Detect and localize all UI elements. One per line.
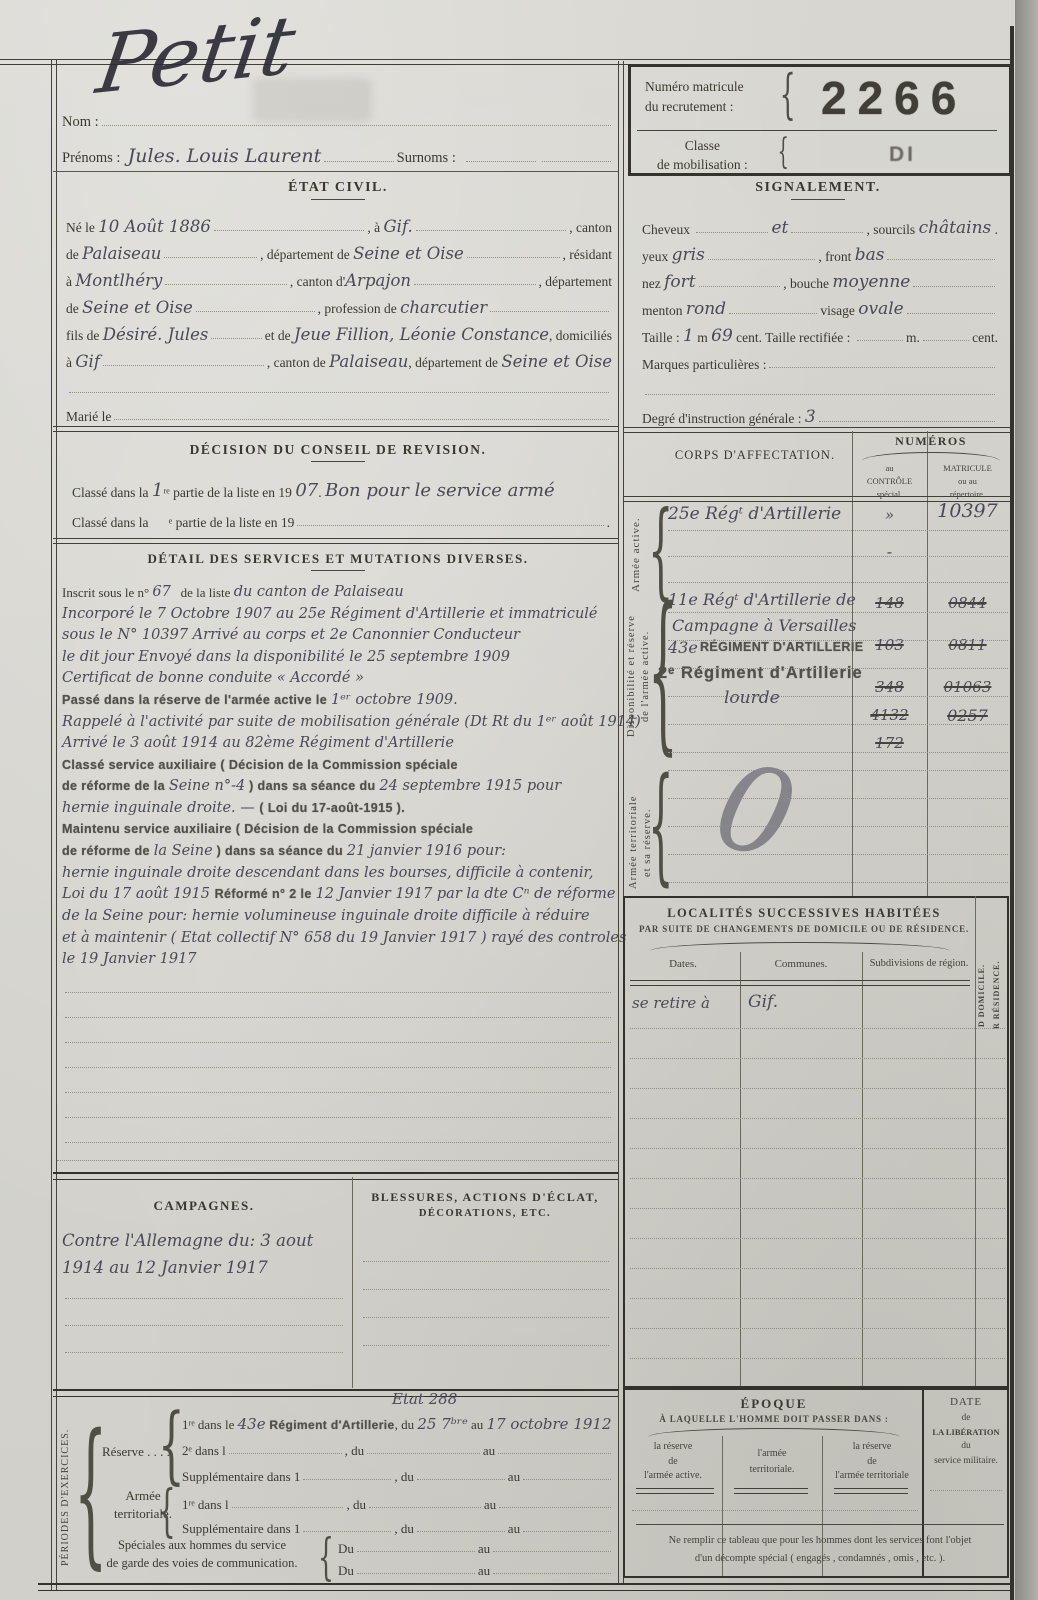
text-segment: Contre l'Allemagne du: 3 aout xyxy=(62,1233,313,1250)
etat-civil-title: ÉTAT CIVIL. xyxy=(57,180,619,200)
dotted-fill xyxy=(857,340,903,341)
text-segment: 12 Janvier 1917 par la dte Cⁿ de réforme xyxy=(316,887,616,902)
text-segment: , canton de xyxy=(267,356,329,370)
text-segment: châtains xyxy=(919,220,992,237)
text-line xyxy=(62,1047,614,1072)
rule xyxy=(668,582,1008,583)
text-segment: cent. xyxy=(972,331,998,345)
dotted-fill xyxy=(887,259,995,260)
dotted-fill xyxy=(417,1531,505,1532)
dotted-fill xyxy=(297,525,603,526)
territorial-zero-mark: 0 xyxy=(702,735,808,887)
corps-header: CORPS D'AFFECTATION. xyxy=(662,448,848,463)
rule xyxy=(668,556,1008,557)
dotted-fill xyxy=(164,257,257,258)
text-line: 1ʳᵉ dans le 43e Régiment d'Artillerie, d… xyxy=(182,1406,614,1432)
text-line: Supplémentaire dans 1, duau xyxy=(182,1512,614,1536)
text-segment: Du xyxy=(338,1542,354,1556)
blessures-title: BLESSURES, ACTIONS D'ÉCLAT, DÉCORATIONS,… xyxy=(356,1190,614,1219)
dotted-fill xyxy=(769,367,995,368)
span: SIGNALEMENT. xyxy=(755,180,880,195)
text-segment: 25 7ᵇʳᵉ xyxy=(417,1417,467,1432)
text-line xyxy=(360,1322,612,1350)
mat-col-header: MATRICULEou aurépertoire. xyxy=(927,462,1008,500)
text-segment: de réforme de xyxy=(62,845,154,859)
text-segment: , bouche xyxy=(783,277,832,291)
dotted-fill xyxy=(467,257,560,258)
text-segment: Incorporé le 7 Octobre 1907 au 25e Régim… xyxy=(62,607,598,622)
brace: { xyxy=(778,133,789,168)
dotted-fill xyxy=(907,313,995,314)
text-segment: m xyxy=(694,331,711,345)
text-segment: ovale xyxy=(858,301,903,318)
text-segment: du canton de Palaiseau xyxy=(234,585,404,600)
ctrl-col-header: auCONTRÔLEspécial. xyxy=(852,462,927,500)
text-segment: Certificat de bonne conduite « Accordé » xyxy=(62,671,364,686)
table-column-line xyxy=(740,952,741,1386)
corps-row-stamp: 2ᵉ Régiment d'Artillerie xyxy=(658,664,863,682)
text-segment: ) dans sa séance du xyxy=(245,780,379,794)
nom-label: Nom : xyxy=(62,115,99,130)
text-segment: , département xyxy=(539,275,612,289)
text-segment: . xyxy=(318,486,325,500)
brace: { xyxy=(158,1484,176,1540)
ctrl-value: » xyxy=(852,506,927,524)
text-segment: Bon pour le service armé xyxy=(325,482,555,500)
text-segment: 69 xyxy=(711,328,733,345)
text-line: Classé dans la ᵉ partie de la liste en 1… xyxy=(72,500,610,530)
brace: { xyxy=(158,1402,185,1486)
text-segment: Rappelé à l'activité par suite de mobili… xyxy=(62,715,641,730)
periodes-side-label: PÉRIODES D'EXERCICES. xyxy=(60,1418,71,1576)
dotted-fill xyxy=(303,1531,391,1532)
text-segment: Classé dans la xyxy=(72,486,152,500)
text-segment: , front xyxy=(818,250,854,264)
text-segment: , du xyxy=(394,1470,414,1484)
text-segment: 07 xyxy=(295,482,318,500)
dotted-fill xyxy=(363,1317,609,1318)
text-segment: hernie inguinale droite. — xyxy=(62,801,259,816)
text-line: Cheveux et, sourcils châtains . xyxy=(642,210,998,237)
corps-row-value: Campagne à Versailles xyxy=(672,616,856,635)
text-segment: Seine et Oise xyxy=(353,246,464,263)
text-segment: Gif xyxy=(75,354,100,371)
div: de xyxy=(626,1455,720,1470)
brace: { xyxy=(318,1532,334,1582)
dotted-fill xyxy=(369,1507,481,1508)
annotation-etat: Etat 288 xyxy=(392,1392,457,1407)
text-line xyxy=(62,1097,614,1122)
text-line: Degré d'instruction générale : 3 xyxy=(642,399,998,426)
text-segment: , résidant xyxy=(563,248,613,262)
text-segment: 1 xyxy=(683,328,694,345)
text-line xyxy=(360,1266,612,1294)
text-line: de Seine et Oise, profession de charcuti… xyxy=(66,289,612,316)
rule xyxy=(630,1268,1005,1269)
text-line: à Montlhéry, canton d'Arpajon, départeme… xyxy=(66,262,612,289)
text-segment: Seine et Oise xyxy=(82,300,193,317)
text-line xyxy=(62,1022,614,1047)
div: ou au xyxy=(927,475,1008,488)
text-segment: yeux xyxy=(642,250,672,264)
text-segment: Régiment d'Artillerie xyxy=(266,1419,395,1432)
text-segment: , à xyxy=(367,221,383,235)
section-divider xyxy=(53,1172,618,1180)
text-line: de la Seine pour: hernie volumineuse ing… xyxy=(62,902,614,924)
dotted-fill xyxy=(232,1507,344,1508)
div: MATRICULE xyxy=(927,462,1008,475)
text-line: Maintenu service auxiliaire ( Décision d… xyxy=(62,816,614,838)
text-segment: Montlhéry xyxy=(75,273,162,290)
rule xyxy=(930,1490,1002,1491)
text-line xyxy=(360,1238,612,1266)
text-line: yeux gris, front bas xyxy=(642,237,998,264)
field-nom-row: Nom : xyxy=(62,96,614,130)
rule xyxy=(57,1160,617,1161)
rule xyxy=(668,798,1008,799)
div: de garde des voies de communication. xyxy=(88,1554,316,1572)
rl: Prénoms : Jules. Louis LaurentSurnoms : xyxy=(62,132,614,166)
dotted-fill xyxy=(523,1479,611,1480)
rule xyxy=(668,882,1008,883)
div: Spéciales aux hommes du service xyxy=(88,1536,316,1554)
text-segment: Arpajon xyxy=(345,273,411,290)
rule xyxy=(630,1328,1005,1329)
text-line xyxy=(642,372,998,399)
col-domicile: D DOMICILE. xyxy=(977,940,986,1050)
text-segment: Passé dans la réserve de l'armée active … xyxy=(62,694,331,708)
dotted-fill xyxy=(363,1289,609,1290)
col-underline xyxy=(636,1488,714,1494)
dotted-fill xyxy=(466,161,535,162)
matricule-value-struck: 01063 xyxy=(927,678,1008,696)
classe-label: Classe de mobilisation : xyxy=(657,137,748,175)
text-segment: et à maintenir ( Etat collectif N° 658 d… xyxy=(62,931,626,946)
corps-row-value: 11e Régᵗ d'Artillerie de xyxy=(668,590,856,609)
col-dates: Dates. xyxy=(628,958,738,970)
text-segment: 10 Août 1886 xyxy=(98,219,211,236)
dotted-fill xyxy=(102,125,611,126)
text-segment: visage xyxy=(820,304,858,318)
campagnes-title: CAMPAGNES. xyxy=(60,1198,348,1214)
text-segment: et xyxy=(771,220,788,237)
speciales-label: Spéciales aux hommes du service de garde… xyxy=(88,1536,316,1572)
text-segment: m. xyxy=(906,331,920,345)
dotted-fill xyxy=(363,1261,609,1262)
text-segment: Arrivé le 3 août 1914 au 82ème Régiment … xyxy=(62,736,454,751)
epoque-note: Ne remplir ce tableau que pour les homme… xyxy=(636,1532,1004,1568)
text-segment: . xyxy=(991,223,998,237)
localites-row-dates: se retire à xyxy=(632,994,710,1012)
rule xyxy=(632,1510,918,1511)
col-underline xyxy=(834,1488,908,1494)
text-segment: 17 octobre 1912 xyxy=(487,1417,612,1432)
span: ÉTAT CIVIL. xyxy=(288,180,388,195)
text-segment: 2ᵉ dans l xyxy=(182,1444,226,1458)
text-segment: moyenne xyxy=(832,274,910,291)
text-line: Arrivé le 3 août 1914 au 82ème Régiment … xyxy=(62,729,614,751)
text-segment: 3 xyxy=(805,409,816,426)
text-line: menton rondvisage ovale xyxy=(642,291,998,318)
decision-title: DÉCISION DU CONSEIL DE REVISION. xyxy=(57,442,619,462)
rule xyxy=(668,530,1008,531)
text-line: le dit jour Envoyé dans la disponibilité… xyxy=(62,643,614,665)
text-line xyxy=(66,370,612,397)
text-line: sous le N° 10397 Arrivé au corps et 2e C… xyxy=(62,621,614,643)
text-segment: Supplémentaire dans 1 xyxy=(182,1470,300,1484)
rule xyxy=(668,826,1008,827)
text-segment: fort xyxy=(664,274,696,291)
text-segment: , profession de xyxy=(318,302,400,316)
header-underline xyxy=(53,171,618,172)
text-line: Marié le xyxy=(66,397,612,424)
dotted-fill xyxy=(65,1298,343,1299)
rule xyxy=(630,1118,1005,1119)
dotted-fill xyxy=(165,284,287,285)
text-segment: sous le N° 10397 Arrivé au corps et 2e C… xyxy=(62,628,520,643)
text-segment: au xyxy=(508,1470,520,1484)
text-line: Inscrit sous le n° 67 de la liste du can… xyxy=(62,578,614,600)
services-section: Inscrit sous le n° 67 de la liste du can… xyxy=(62,578,614,967)
matricule-value-struck: 0844 xyxy=(927,594,1008,612)
rule xyxy=(630,1298,1005,1299)
text-segment: Classé service auxiliaire ( Décision de … xyxy=(62,759,458,773)
text-segment: , département de xyxy=(260,248,353,262)
text-segment: Classé dans la xyxy=(72,516,152,530)
section-divider xyxy=(53,538,618,544)
text-segment: 1914 au 12 Janvier 1917 xyxy=(62,1260,268,1277)
rule xyxy=(630,1058,1005,1059)
ctrl-value-struck: 172 xyxy=(852,734,927,752)
dotted-fill xyxy=(65,1092,611,1093)
ctrl-value-struck: 348 xyxy=(852,678,927,696)
text-line: hernie inguinale droite. — ( Loi du 17-a… xyxy=(62,794,614,816)
text-line: à Gif, canton de Palaiseau, département … xyxy=(66,343,612,370)
text-segment: , canton d' xyxy=(290,275,345,289)
ctrl-value-struck: 103 xyxy=(852,636,927,654)
div: la réserve xyxy=(824,1440,920,1455)
dotted-fill xyxy=(214,230,365,231)
text-segment: 43e xyxy=(238,1417,266,1432)
dotted-fill xyxy=(363,1345,609,1346)
reserve-rows: 1ʳᵉ dans le 43e Régiment d'Artillerie, d… xyxy=(182,1406,614,1484)
text-line xyxy=(62,1072,614,1097)
span: DÉTAIL DES SERVICES ET MUTATIONS DIVERSE… xyxy=(148,551,529,566)
div: Ne remplir ce tableau que pour les homme… xyxy=(636,1532,1004,1550)
text-segment: rond xyxy=(686,301,726,318)
text-line: Taille : 1 m 69 cent. Taille rectifiée :… xyxy=(642,318,998,345)
col-subdivisions: Subdivisions de région. xyxy=(864,958,974,969)
text-segment: au xyxy=(483,1444,495,1458)
rule xyxy=(630,1238,1005,1239)
decision-section: Classé dans la 1ʳᵉ partie de la liste en… xyxy=(72,470,610,530)
text-segment: au xyxy=(478,1542,490,1556)
table-column-line xyxy=(862,952,863,1386)
localites-subtitle: PAR SUITE DE CHANGEMENTS DE DOMICILE OU … xyxy=(634,924,974,934)
military-register-sheet: Petit Nom : Prénoms : Jules. Louis Laure… xyxy=(0,0,1038,1600)
territoriale-label-1: Armée territoriale xyxy=(628,775,639,910)
text-line: 2ᵉ dans l, duau xyxy=(182,1432,614,1458)
text-segment: au xyxy=(484,1498,496,1512)
rule xyxy=(668,752,1008,753)
text-line: Rappelé à l'activité par suite de mobili… xyxy=(62,708,614,730)
text-line: Contre l'Allemagne du: 3 aout xyxy=(62,1222,346,1249)
matricule-label: Numéro matricule du recrutement : xyxy=(645,77,744,118)
dotted-fill xyxy=(819,421,995,422)
dotted-fill xyxy=(416,230,567,231)
epoque-subtitle: À LAQUELLE L'HOMME DOIT PASSER DANS : xyxy=(630,1414,918,1424)
text-segment: Désiré. Jules xyxy=(103,327,209,344)
rule xyxy=(630,1028,1005,1029)
text-line: 1ʳᵉ dans l, duau xyxy=(182,1488,614,1512)
territoriale-rows: 1ʳᵉ dans l, duauSupplémentaire dans 1, d… xyxy=(182,1488,614,1536)
text-segment: 21 janvier 1916 pour: xyxy=(347,844,506,859)
text-segment: Supplémentaire dans 1 xyxy=(182,1522,300,1536)
text-segment: de la Seine pour: hernie volumineuse ing… xyxy=(62,909,590,924)
dotted-fill xyxy=(65,1352,343,1353)
text-segment: et de xyxy=(265,329,294,343)
text-segment: à xyxy=(66,356,75,370)
text-line: Loi du 17 août 1915 Réformé n° 2 le 12 J… xyxy=(62,880,614,902)
matricule-value-struck: 0257 xyxy=(927,706,1008,725)
div: l'armée xyxy=(724,1446,820,1462)
text-segment: ( Loi du 17-août-1915 ). xyxy=(259,802,405,816)
text-segment: fils de xyxy=(66,329,103,343)
services-blank-lines xyxy=(62,972,614,1147)
tuline xyxy=(311,570,365,571)
span: CAMPAGNES. xyxy=(153,1198,254,1213)
text-segment: Seine n°-4 xyxy=(169,779,245,794)
text-line: 1914 au 12 Janvier 1917 xyxy=(62,1249,346,1276)
text-line xyxy=(360,1294,612,1322)
text-segment: le dit jour Envoyé dans la disponibilité… xyxy=(62,650,510,665)
ctrl-value-struck: 148 xyxy=(852,594,927,612)
dotted-fill xyxy=(65,1017,611,1018)
text-segment: 1ʳᵉ dans l xyxy=(182,1498,229,1512)
text-segment: Né le xyxy=(66,221,98,235)
epoque-col3: la réservedel'armée territoriale xyxy=(824,1440,920,1484)
signalement-section: Cheveux et, sourcils châtains .yeux gris… xyxy=(642,210,998,426)
col-underline xyxy=(734,1488,808,1494)
rule xyxy=(668,724,1008,725)
text-segment: gris xyxy=(672,247,705,264)
text-segment: , du xyxy=(345,1444,365,1458)
text-segment: le 19 Janvier 1917 xyxy=(62,952,197,967)
text-segment: charcutier xyxy=(400,300,487,317)
text-segment: Loi du 17 août 1915 xyxy=(62,887,215,902)
text-line: le 19 Janvier 1917 xyxy=(62,945,614,967)
text-line: Classé service auxiliaire ( Décision de … xyxy=(62,751,614,773)
dotted-fill xyxy=(103,365,264,366)
text-line: Né le 10 Août 1886, à Gif., canton xyxy=(66,208,612,235)
text-segment: bas xyxy=(855,247,885,264)
dotted-fill xyxy=(324,161,393,162)
text-segment: la Seine xyxy=(154,844,213,859)
div: Classe xyxy=(657,137,748,156)
text-line: de Palaiseau, département de Seine et Oi… xyxy=(66,235,612,262)
rule xyxy=(668,668,1008,669)
text-segment: Du xyxy=(338,1564,354,1578)
dotted-fill xyxy=(699,286,781,287)
ctrl-value: - xyxy=(852,542,927,561)
text-segment: Palaiseau xyxy=(329,354,408,371)
text-segment: 67 xyxy=(152,585,170,600)
blessures-section xyxy=(360,1238,612,1350)
text-segment: Degré d'instruction générale : xyxy=(642,412,805,426)
text-segment: Marié le xyxy=(66,410,111,424)
text-segment: 24 septembre 1915 pour xyxy=(379,779,561,794)
text-segment: , canton xyxy=(569,221,612,235)
dotted-fill xyxy=(303,1479,391,1480)
text-segment: 1ᵉʳ octobre 1909. xyxy=(331,693,458,708)
left-frame-rule xyxy=(51,59,57,1590)
rule xyxy=(636,1524,1004,1525)
text-line: Marques particulières : xyxy=(642,345,998,372)
section-divider xyxy=(53,1389,618,1397)
div: DATE xyxy=(924,1394,1008,1411)
div: au xyxy=(852,462,927,475)
dotted-fill xyxy=(923,340,969,341)
div: de xyxy=(824,1455,920,1470)
div: la réserve xyxy=(626,1440,720,1455)
text-line: nez fort, bouche moyenne xyxy=(642,264,998,291)
dotted-fill xyxy=(114,419,609,420)
text-segment: , département de xyxy=(408,356,501,370)
text-segment: menton xyxy=(642,304,686,318)
epoque-title: ÉPOQUE xyxy=(630,1396,918,1412)
localites-title: LOCALITÉS SUCCESSIVES HABITÉES xyxy=(634,906,974,921)
text-line xyxy=(62,972,614,997)
rule xyxy=(668,640,1008,641)
dotted-fill xyxy=(229,1453,342,1454)
text-segment: , domiciliés xyxy=(549,329,612,343)
column-divider xyxy=(352,1177,353,1388)
div: territoriale. xyxy=(724,1462,820,1478)
campagnes-section: Contre l'Allemagne du: 3 aout1914 au 12 … xyxy=(62,1222,346,1357)
col-residence: R RÉSIDENCE. xyxy=(992,940,1001,1050)
dotted-fill xyxy=(414,284,536,285)
page-margin xyxy=(1015,0,1038,1600)
text-segment: . xyxy=(607,516,610,530)
div: de mobilisation : xyxy=(657,156,748,175)
dotted-fill xyxy=(69,392,609,393)
div: de xyxy=(924,1411,1008,1426)
text-segment: Réformé n° 2 le xyxy=(215,888,316,902)
div: DÉCORATIONS, ETC. xyxy=(356,1208,614,1219)
text-segment: Taille : xyxy=(642,331,683,345)
rule xyxy=(630,1208,1005,1209)
div: CONTRÔLE xyxy=(852,475,927,488)
dotted-fill xyxy=(65,1325,343,1326)
bottom-frame-rule xyxy=(38,1583,1012,1591)
text-segment: , du xyxy=(346,1498,366,1512)
table-column-line xyxy=(975,896,976,1386)
text-segment: Gif. xyxy=(383,219,412,236)
brace-rule xyxy=(862,452,1000,461)
text-segment: , du xyxy=(395,1418,418,1432)
text-segment: hernie inguinale droite descendant dans … xyxy=(62,866,593,881)
text-segment: de xyxy=(66,302,82,316)
dotted-fill xyxy=(523,1531,611,1532)
text-segment: Marques particulières : xyxy=(642,358,766,372)
text-segment: , sourcils xyxy=(866,223,918,237)
rule xyxy=(668,696,1008,697)
tuline xyxy=(311,461,365,462)
box-divider xyxy=(637,130,997,131)
text-segment: Surnoms : xyxy=(397,151,463,166)
dotted-fill xyxy=(791,232,863,233)
matricule-value: 2266 xyxy=(821,71,967,125)
